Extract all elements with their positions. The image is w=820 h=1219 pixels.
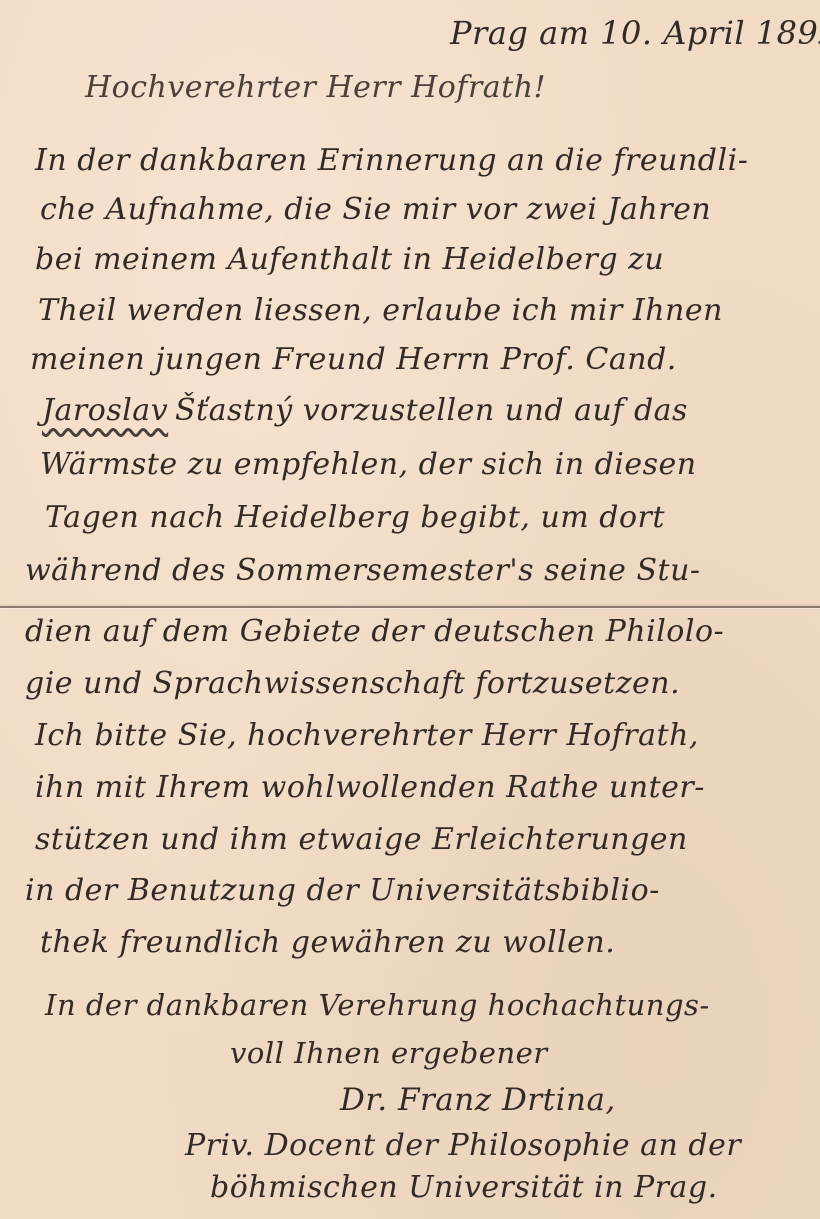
body-line-8: Tagen nach Heidelberg begibt, um dort	[45, 500, 665, 535]
signature: Dr. Franz Drtina,	[340, 1082, 616, 1118]
body-line-3: bei meinem Aufenthalt in Heidelberg zu	[35, 242, 664, 277]
body-line-16: thek freundlich gewähren zu wollen.	[40, 925, 615, 960]
body-line-14: stützen und ihm etwaige Erleichterungen	[35, 822, 688, 857]
body-line-2: che Aufnahme, die Sie mir vor zwei Jahre…	[40, 192, 711, 227]
salutation: Hochverehrter Herr Hofrath!	[85, 70, 546, 105]
body-line-13: ihn mit Ihrem wohlwollenden Rathe unter-	[35, 770, 705, 805]
body-line-1: In der dankbaren Erinnerung an die freun…	[35, 143, 748, 178]
body-line-4: Theil werden liessen, erlaube ich mir Ih…	[38, 293, 723, 328]
letter-paper: Prag am 10. April 1892. Hochverehrter He…	[0, 0, 820, 1219]
body-line-15: in der Benutzung der Universitätsbiblio-	[25, 873, 660, 908]
body-line-5: meinen jungen Freund Herrn Prof. Cand.	[30, 342, 677, 377]
closing-line-2: voll Ihnen ergebener	[230, 1036, 548, 1070]
body-line-11: gie und Sprachwissenschaft fortzusetzen.	[25, 666, 680, 701]
body-line-9: während des Sommersemester's seine Stu-	[25, 553, 701, 588]
closing-line-1: In der dankbaren Verehrung hochachtungs-	[45, 988, 710, 1022]
body-line-10: dien auf dem Gebiete der deutschen Philo…	[25, 614, 724, 649]
body-line-7: Wärmste zu empfehlen, der sich in diesen	[40, 447, 697, 482]
affiliation-line-2: böhmischen Universität in Prag.	[210, 1170, 718, 1205]
affiliation-line-1: Priv. Docent der Philosophie an der	[185, 1128, 741, 1163]
paper-fold-line	[0, 606, 820, 608]
body-line-12: Ich bitte Sie, hochverehrter Herr Hofrat…	[35, 718, 699, 753]
body-line-6-rest: Šťastný vorzustellen und auf das	[175, 393, 688, 428]
dateline: Prag am 10. April 1892.	[450, 14, 820, 52]
